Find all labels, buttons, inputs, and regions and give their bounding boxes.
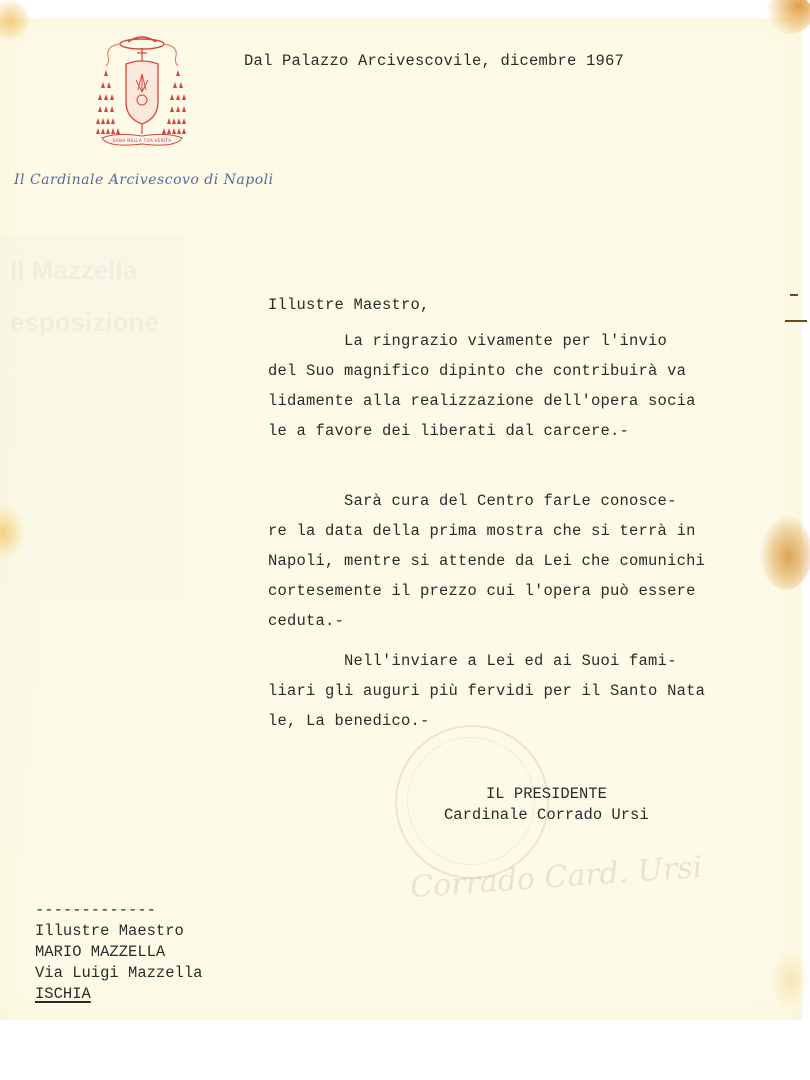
text-line: Sarà cura del Centro farLe conosce- xyxy=(268,486,705,516)
text-line: La ringrazio vivamente per l'invio xyxy=(268,326,696,356)
paragraph-2: Sarà cura del Centro farLe conosce- re l… xyxy=(268,486,705,636)
text-line: re la data della prima mostra che si ter… xyxy=(268,516,705,546)
bleed-through-text: esposizione xyxy=(10,307,159,338)
address-line-2: MARIO MAZZELLA xyxy=(35,942,202,963)
bleed-through-text: Il Mazzella xyxy=(10,255,137,286)
letterhead-title: Il Cardinale Arcivescovo di Napoli xyxy=(14,172,274,188)
signer-title: IL PRESIDENTE xyxy=(444,784,649,805)
signer-name: Cardinale Corrado Ursi xyxy=(444,805,649,826)
date-line: Dal Palazzo Arcivescovile, dicembre 1967 xyxy=(244,52,624,70)
text-line: le a favore dei liberati dal carcere.- xyxy=(268,416,696,446)
recipient-address: ------------- Illustre Maestro MARIO MAZ… xyxy=(35,900,202,1005)
paragraph-3: Nell'inviare a Lei ed ai Suoi fami- liar… xyxy=(268,646,705,736)
signature-block: IL PRESIDENTE Cardinale Corrado Ursi xyxy=(444,784,649,826)
coat-of-arms-icon: SANA NELLA TUA VERITA xyxy=(96,30,188,152)
margin-mark xyxy=(785,320,807,322)
text-line: Nell'inviare a Lei ed ai Suoi fami- xyxy=(268,646,705,676)
address-line-1: Illustre Maestro xyxy=(35,921,202,942)
crest-motto: SANA NELLA TUA VERITA xyxy=(113,138,172,143)
text-line: Napoli, mentre si attende da Lei che com… xyxy=(268,546,705,576)
text-line: cortesemente il prezzo cui l'opera può e… xyxy=(268,576,705,606)
address-separator: ------------- xyxy=(35,900,202,921)
text-line: liari gli auguri più fervidi per il Sant… xyxy=(268,676,705,706)
text-line: del Suo magnifico dipinto che contribuir… xyxy=(268,356,696,386)
bleed-through-area: Il Mazzella esposizione xyxy=(0,235,185,855)
address-city: ISCHIA xyxy=(35,984,202,1005)
address-line-3: Via Luigi Mazzella xyxy=(35,963,202,984)
text-line: ceduta.- xyxy=(268,606,705,636)
margin-mark xyxy=(790,294,798,296)
text-line: lidamente alla realizzazione dell'opera … xyxy=(268,386,696,416)
paragraph-1: La ringrazio vivamente per l'invio del S… xyxy=(268,326,696,446)
salutation: Illustre Maestro, xyxy=(268,296,430,314)
